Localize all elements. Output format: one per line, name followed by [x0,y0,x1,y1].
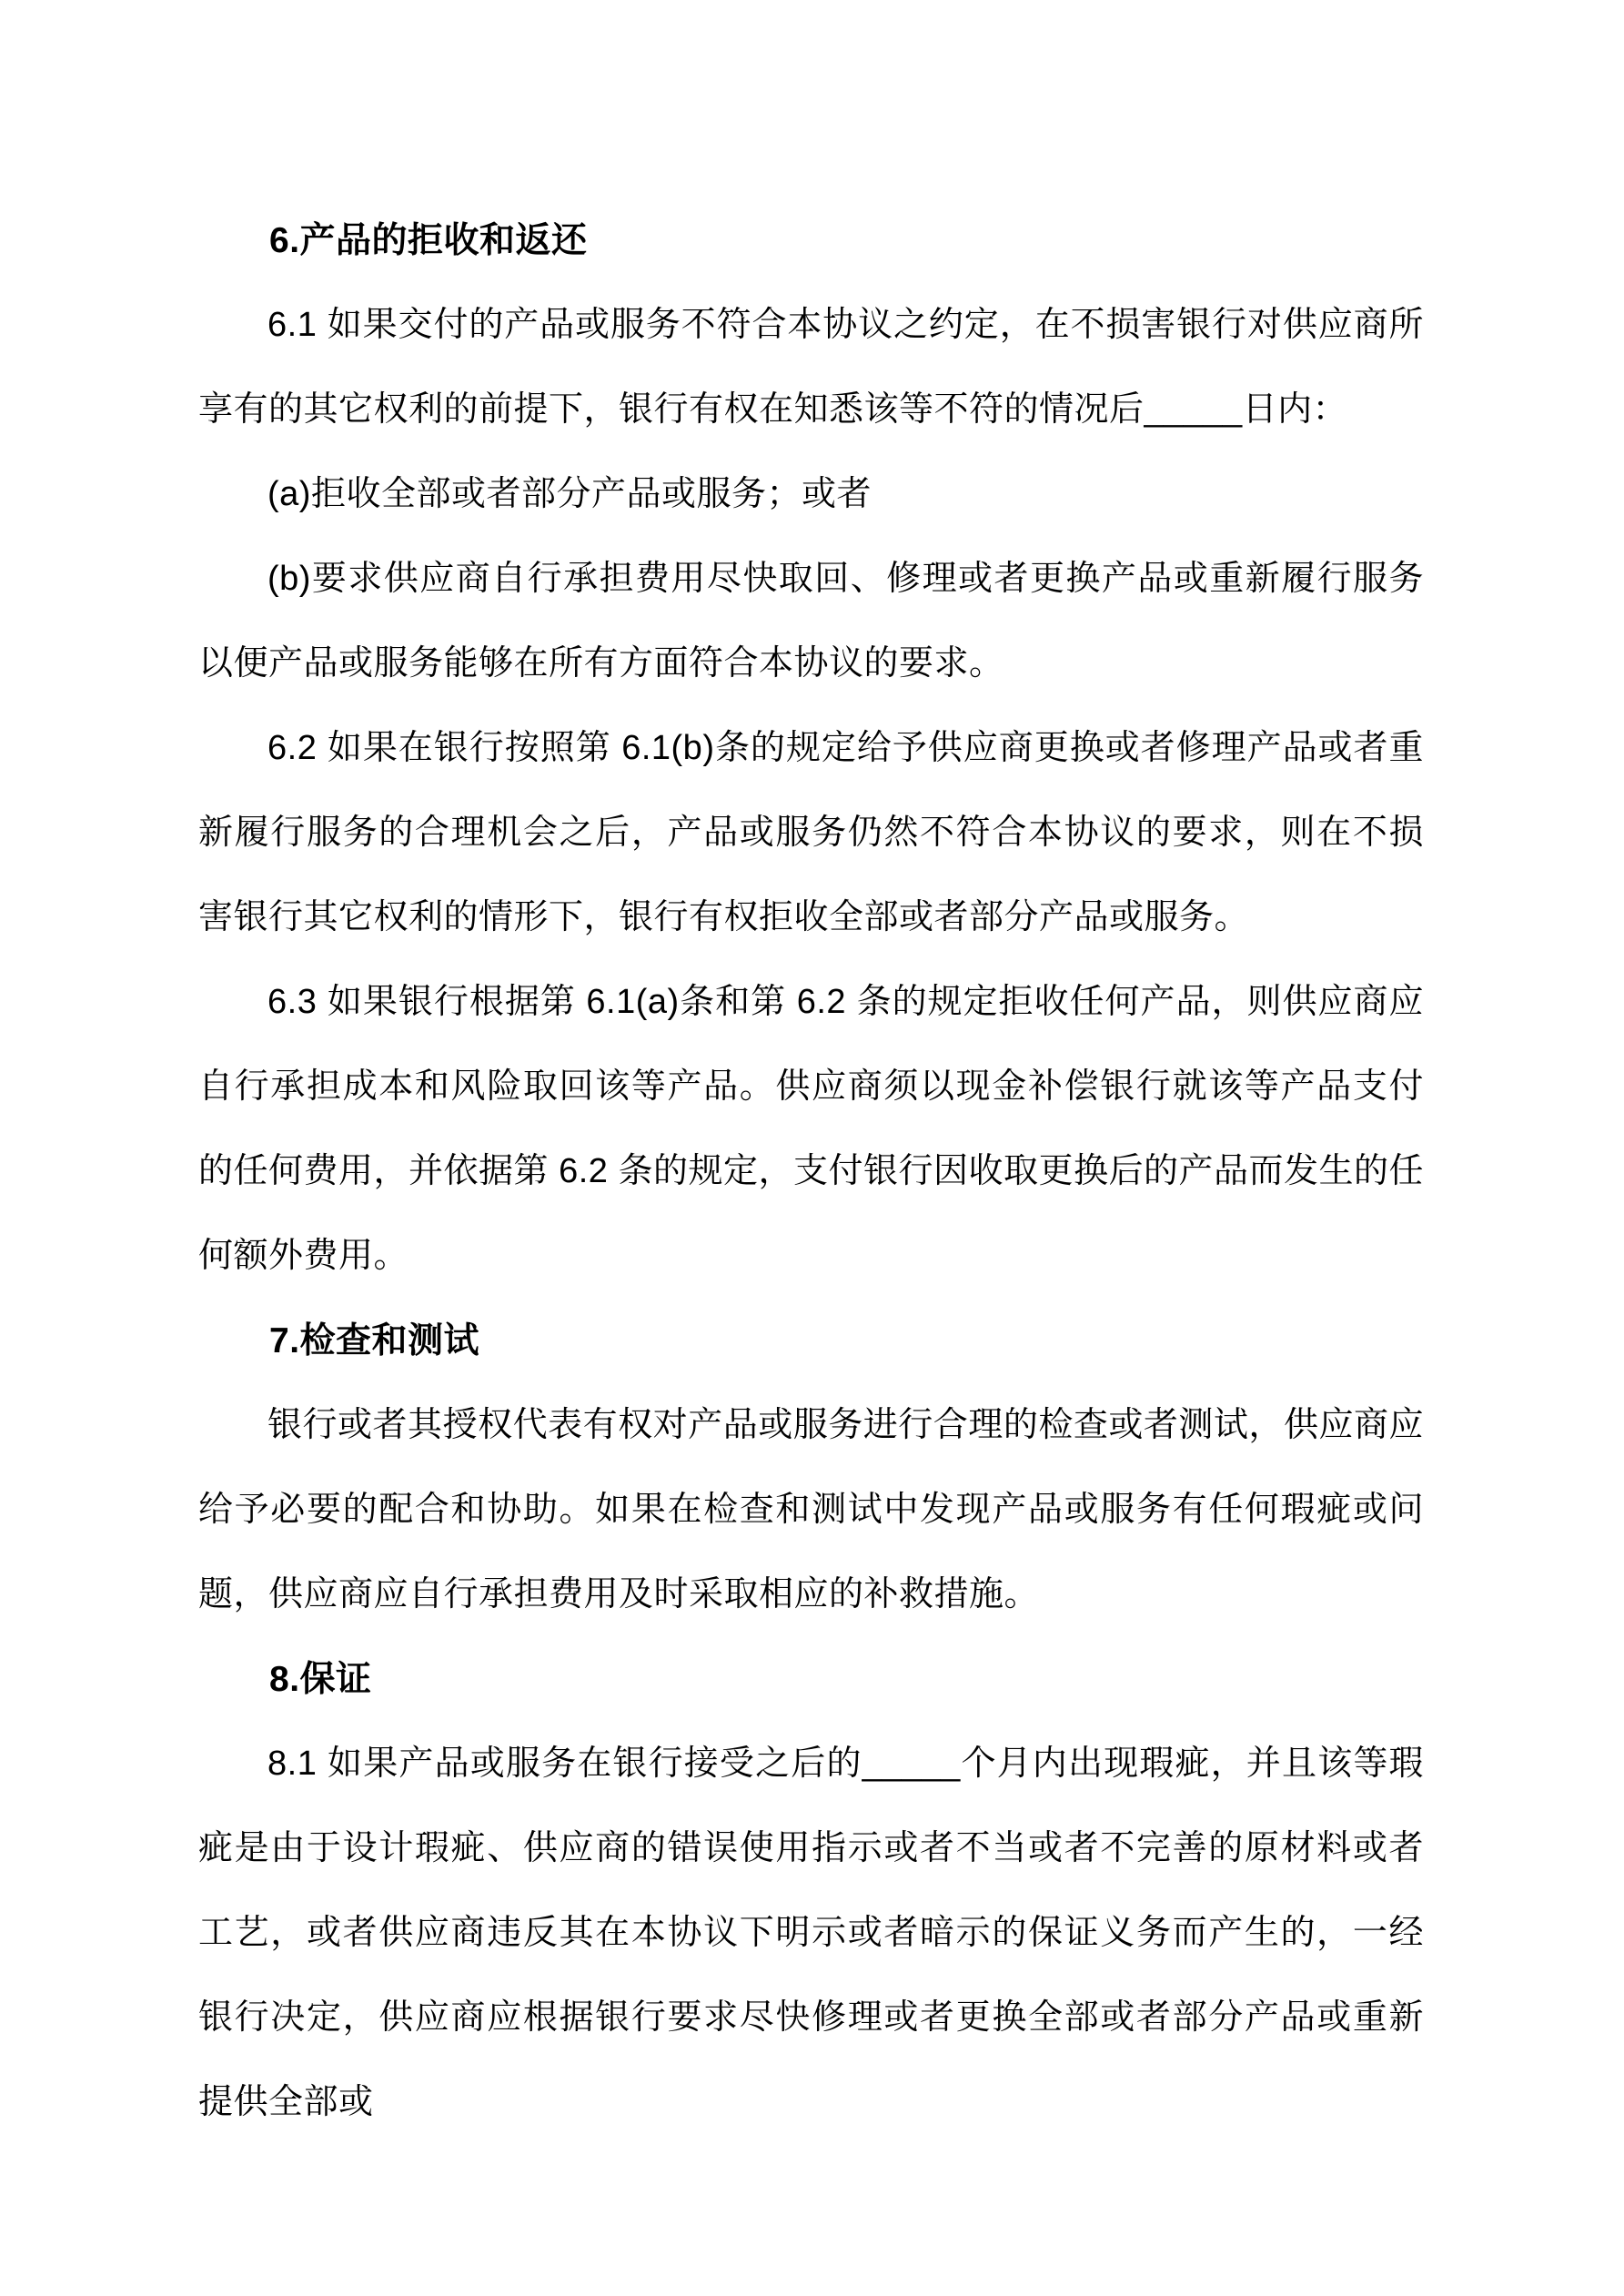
section-heading-warranty: 8.保证 [198,1637,1424,1722]
clause-6-3: 6.3 如果银行根据第 6.1(a)条和第 6.2 条的规定拒收任何产品，则供应… [198,960,1424,1299]
section-heading-inspection-and-testing: 7.检查和测试 [198,1299,1424,1383]
contract-text-body: 6.产品的拒收和返还 6.1 如果交付的产品或服务不符合本协议之约定，在不损害银… [198,198,1424,2145]
clause-6-1: 6.1 如果交付的产品或服务不符合本协议之约定，在不损害银行对供应商所享有的其它… [198,283,1424,452]
clause-7-body: 银行或者其授权代表有权对产品或服务进行合理的检查或者测试，供应商应给予必要的配合… [198,1383,1424,1637]
document-page: 6.产品的拒收和返还 6.1 如果交付的产品或服务不符合本协议之约定，在不损害银… [0,0,1624,2296]
section-heading-rejection-and-return: 6.产品的拒收和返还 [198,198,1424,283]
clause-6-1-item-a: (a)拒收全部或者部分产品或服务；或者 [198,452,1424,537]
clause-6-1-item-b: (b)要求供应商自行承担费用尽快取回、修理或者更换产品或重新履行服务以便产品或服… [198,537,1424,706]
clause-6-2: 6.2 如果在银行按照第 6.1(b)条的规定给予供应商更换或者修理产品或者重新… [198,706,1424,960]
clause-8-1: 8.1 如果产品或服务在银行接受之后的_____个月内出现瑕疵，并且该等瑕疵是由… [198,1722,1424,2145]
